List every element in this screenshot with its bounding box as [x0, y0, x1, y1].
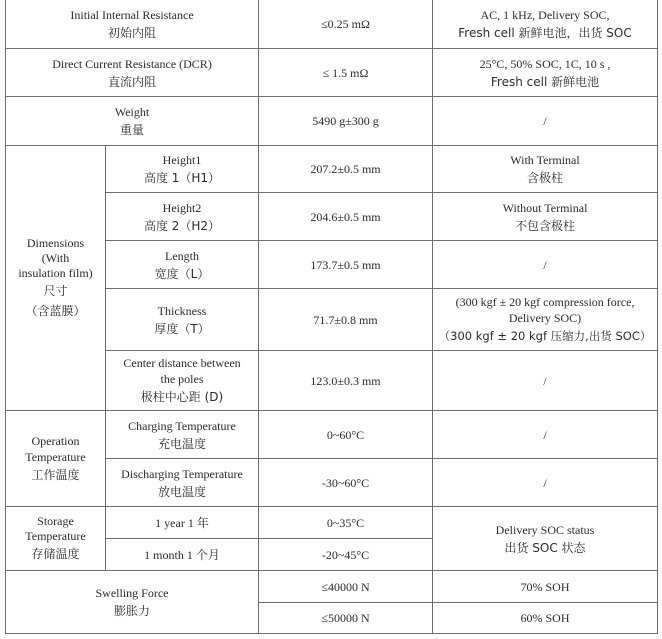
param-value: 71.7±0.8 mm	[259, 289, 433, 351]
param-value: ≤50000 N	[259, 603, 433, 634]
param-value: 173.7±0.5 mm	[259, 241, 433, 289]
sub-label: 1 month 1 个月	[106, 539, 259, 571]
param-label-en: Swelling Force	[10, 584, 254, 602]
param-value: ≤ 1.5 mΩ	[259, 49, 433, 97]
sub-label-zh: 宽度（L）	[110, 265, 254, 283]
group-label-en: (With	[10, 251, 101, 266]
table-row-storage-1-year: Storage Temperature 存储温度 1 year 1 年 0~35…	[6, 507, 658, 539]
group-label-en: Operation	[10, 433, 101, 449]
param-note-cell: Delivery SOC status 出货 SOC 状态	[433, 507, 658, 571]
param-label-cell: Initial Internal Resistance 初始内阻	[6, 0, 259, 49]
param-value: 5490 g±300 g	[259, 97, 433, 146]
sub-label-en: Center distance between	[110, 355, 254, 371]
sub-label-cell: Height1 高度 1（H1）	[106, 146, 259, 193]
sub-label-en: Discharging Temperature	[110, 465, 254, 483]
param-note: (300 kgf ± 20 kgf compression force,	[435, 294, 655, 310]
sub-label-zh: 充电温度	[110, 435, 254, 453]
param-note-cell: With Terminal 含极柱	[433, 146, 658, 193]
param-label-en: Initial Internal Resistance	[10, 6, 254, 24]
param-label-en: Direct Current Resistance (DCR)	[10, 55, 254, 73]
param-label-zh: 膨胀力	[10, 602, 254, 620]
param-note: /	[433, 351, 658, 411]
param-label-cell: Direct Current Resistance (DCR) 直流内阻	[6, 49, 259, 97]
param-label-cell: Swelling Force 膨胀力	[6, 571, 259, 634]
table-row-dcr: Direct Current Resistance (DCR) 直流内阻 ≤ 1…	[6, 49, 658, 97]
param-note-cell: 25°C, 50% SOC, 1C, 10 s , Fresh cell 新鲜电…	[433, 49, 658, 97]
param-note: 25°C, 50% SOC, 1C, 10 s ,	[437, 55, 653, 73]
group-label-en: Dimensions	[10, 236, 101, 251]
sub-label-en: Thickness	[110, 302, 254, 320]
table-row-height1: Dimensions (With insulation film) 尺寸 （含蓝…	[6, 146, 658, 193]
param-note: /	[433, 459, 658, 507]
param-note: 60% SOH	[433, 603, 658, 634]
param-label-zh: 初始内阻	[10, 24, 254, 42]
sub-label-en: Height1	[110, 151, 254, 169]
group-label-en: Storage	[10, 514, 101, 529]
group-label-storage-temperature: Storage Temperature 存储温度	[6, 507, 106, 571]
table-row-initial-resistance: Initial Internal Resistance 初始内阻 ≤0.25 m…	[6, 0, 658, 49]
sub-label-zh: 放电温度	[110, 483, 254, 501]
sub-label-cell: Length 宽度（L）	[106, 241, 259, 289]
group-label-en: Temperature	[10, 449, 101, 465]
param-note: Delivery SOC status	[437, 521, 653, 539]
table-row-swelling-70: Swelling Force 膨胀力 ≤40000 N 70% SOH	[6, 571, 658, 603]
sub-label-cell: Center distance between the poles 极柱中心距 …	[106, 351, 259, 411]
sub-label-zh: 高度 2（H2）	[110, 217, 254, 235]
group-label-operation-temperature: Operation Temperature 工作温度	[6, 411, 106, 507]
table-row-weight: Weight 重量 5490 g±300 g /	[6, 97, 658, 146]
group-label-zh: （含蓝膜）	[10, 301, 101, 321]
param-label-cell: Weight 重量	[6, 97, 259, 146]
sub-label-en: Height2	[110, 199, 254, 217]
param-value: 207.2±0.5 mm	[259, 146, 433, 193]
sub-label: 1 year 1 年	[106, 507, 259, 539]
group-label-dimensions: Dimensions (With insulation film) 尺寸 （含蓝…	[6, 146, 106, 411]
param-note: Without Terminal	[437, 199, 653, 217]
table-row-charging-temp: Operation Temperature 工作温度 Charging Temp…	[6, 411, 658, 459]
param-value: -30~60°C	[259, 459, 433, 507]
group-label-en: Temperature	[10, 529, 101, 544]
param-note-cell: Without Terminal 不包含极柱	[433, 193, 658, 241]
sub-label-en: Charging Temperature	[110, 417, 254, 435]
param-note: 含极柱	[437, 169, 653, 187]
param-value: 0~60°C	[259, 411, 433, 459]
param-value: ≤40000 N	[259, 571, 433, 603]
param-note: /	[433, 241, 658, 289]
group-label-zh: 存储温度	[10, 544, 101, 564]
param-value: ≤0.25 mΩ	[259, 0, 433, 49]
param-note: Fresh cell 新鲜电池	[437, 73, 653, 91]
param-note: 不包含极柱	[437, 217, 653, 235]
sub-label-zh: 极柱中心距 (D)	[110, 387, 254, 407]
sub-label-zh: 厚度（T）	[110, 320, 254, 338]
sub-label-cell: Charging Temperature 充电温度	[106, 411, 259, 459]
sub-label-en: Length	[110, 247, 254, 265]
param-value: 204.6±0.5 mm	[259, 193, 433, 241]
param-note: Delivery SOC)	[435, 310, 655, 326]
param-value: 0~35°C	[259, 507, 433, 539]
param-value: 123.0±0.3 mm	[259, 351, 433, 411]
param-note: /	[433, 97, 658, 146]
param-note-cell: AC, 1 kHz, Delivery SOC, Fresh cell 新鲜电池…	[433, 0, 658, 49]
battery-spec-table: Initial Internal Resistance 初始内阻 ≤0.25 m…	[5, 0, 658, 634]
param-note: （300 kgf ± 20 kgf 压缩力,出货 SOC）	[435, 326, 655, 346]
param-note: Fresh cell 新鲜电池，出货 SOC	[437, 24, 653, 42]
sub-label-cell: Height2 高度 2（H2）	[106, 193, 259, 241]
param-note: /	[433, 411, 658, 459]
group-label-zh: 尺寸	[10, 281, 101, 301]
sub-label-zh: 高度 1（H1）	[110, 169, 254, 187]
param-label-zh: 重量	[10, 121, 254, 139]
sub-label-en: the poles	[110, 371, 254, 387]
param-note: AC, 1 kHz, Delivery SOC,	[437, 6, 653, 24]
sub-label-cell: Thickness 厚度（T）	[106, 289, 259, 351]
group-label-zh: 工作温度	[10, 465, 101, 485]
param-note: 70% SOH	[433, 571, 658, 603]
param-label-zh: 直流内阻	[10, 73, 254, 91]
param-note-cell: (300 kgf ± 20 kgf compression force, Del…	[433, 289, 658, 351]
param-value: -20~45°C	[259, 539, 433, 571]
param-note: With Terminal	[437, 151, 653, 169]
sub-label-cell: Discharging Temperature 放电温度	[106, 459, 259, 507]
param-note: 出货 SOC 状态	[437, 539, 653, 557]
param-label-en: Weight	[10, 103, 254, 121]
group-label-en: insulation film)	[10, 266, 101, 281]
